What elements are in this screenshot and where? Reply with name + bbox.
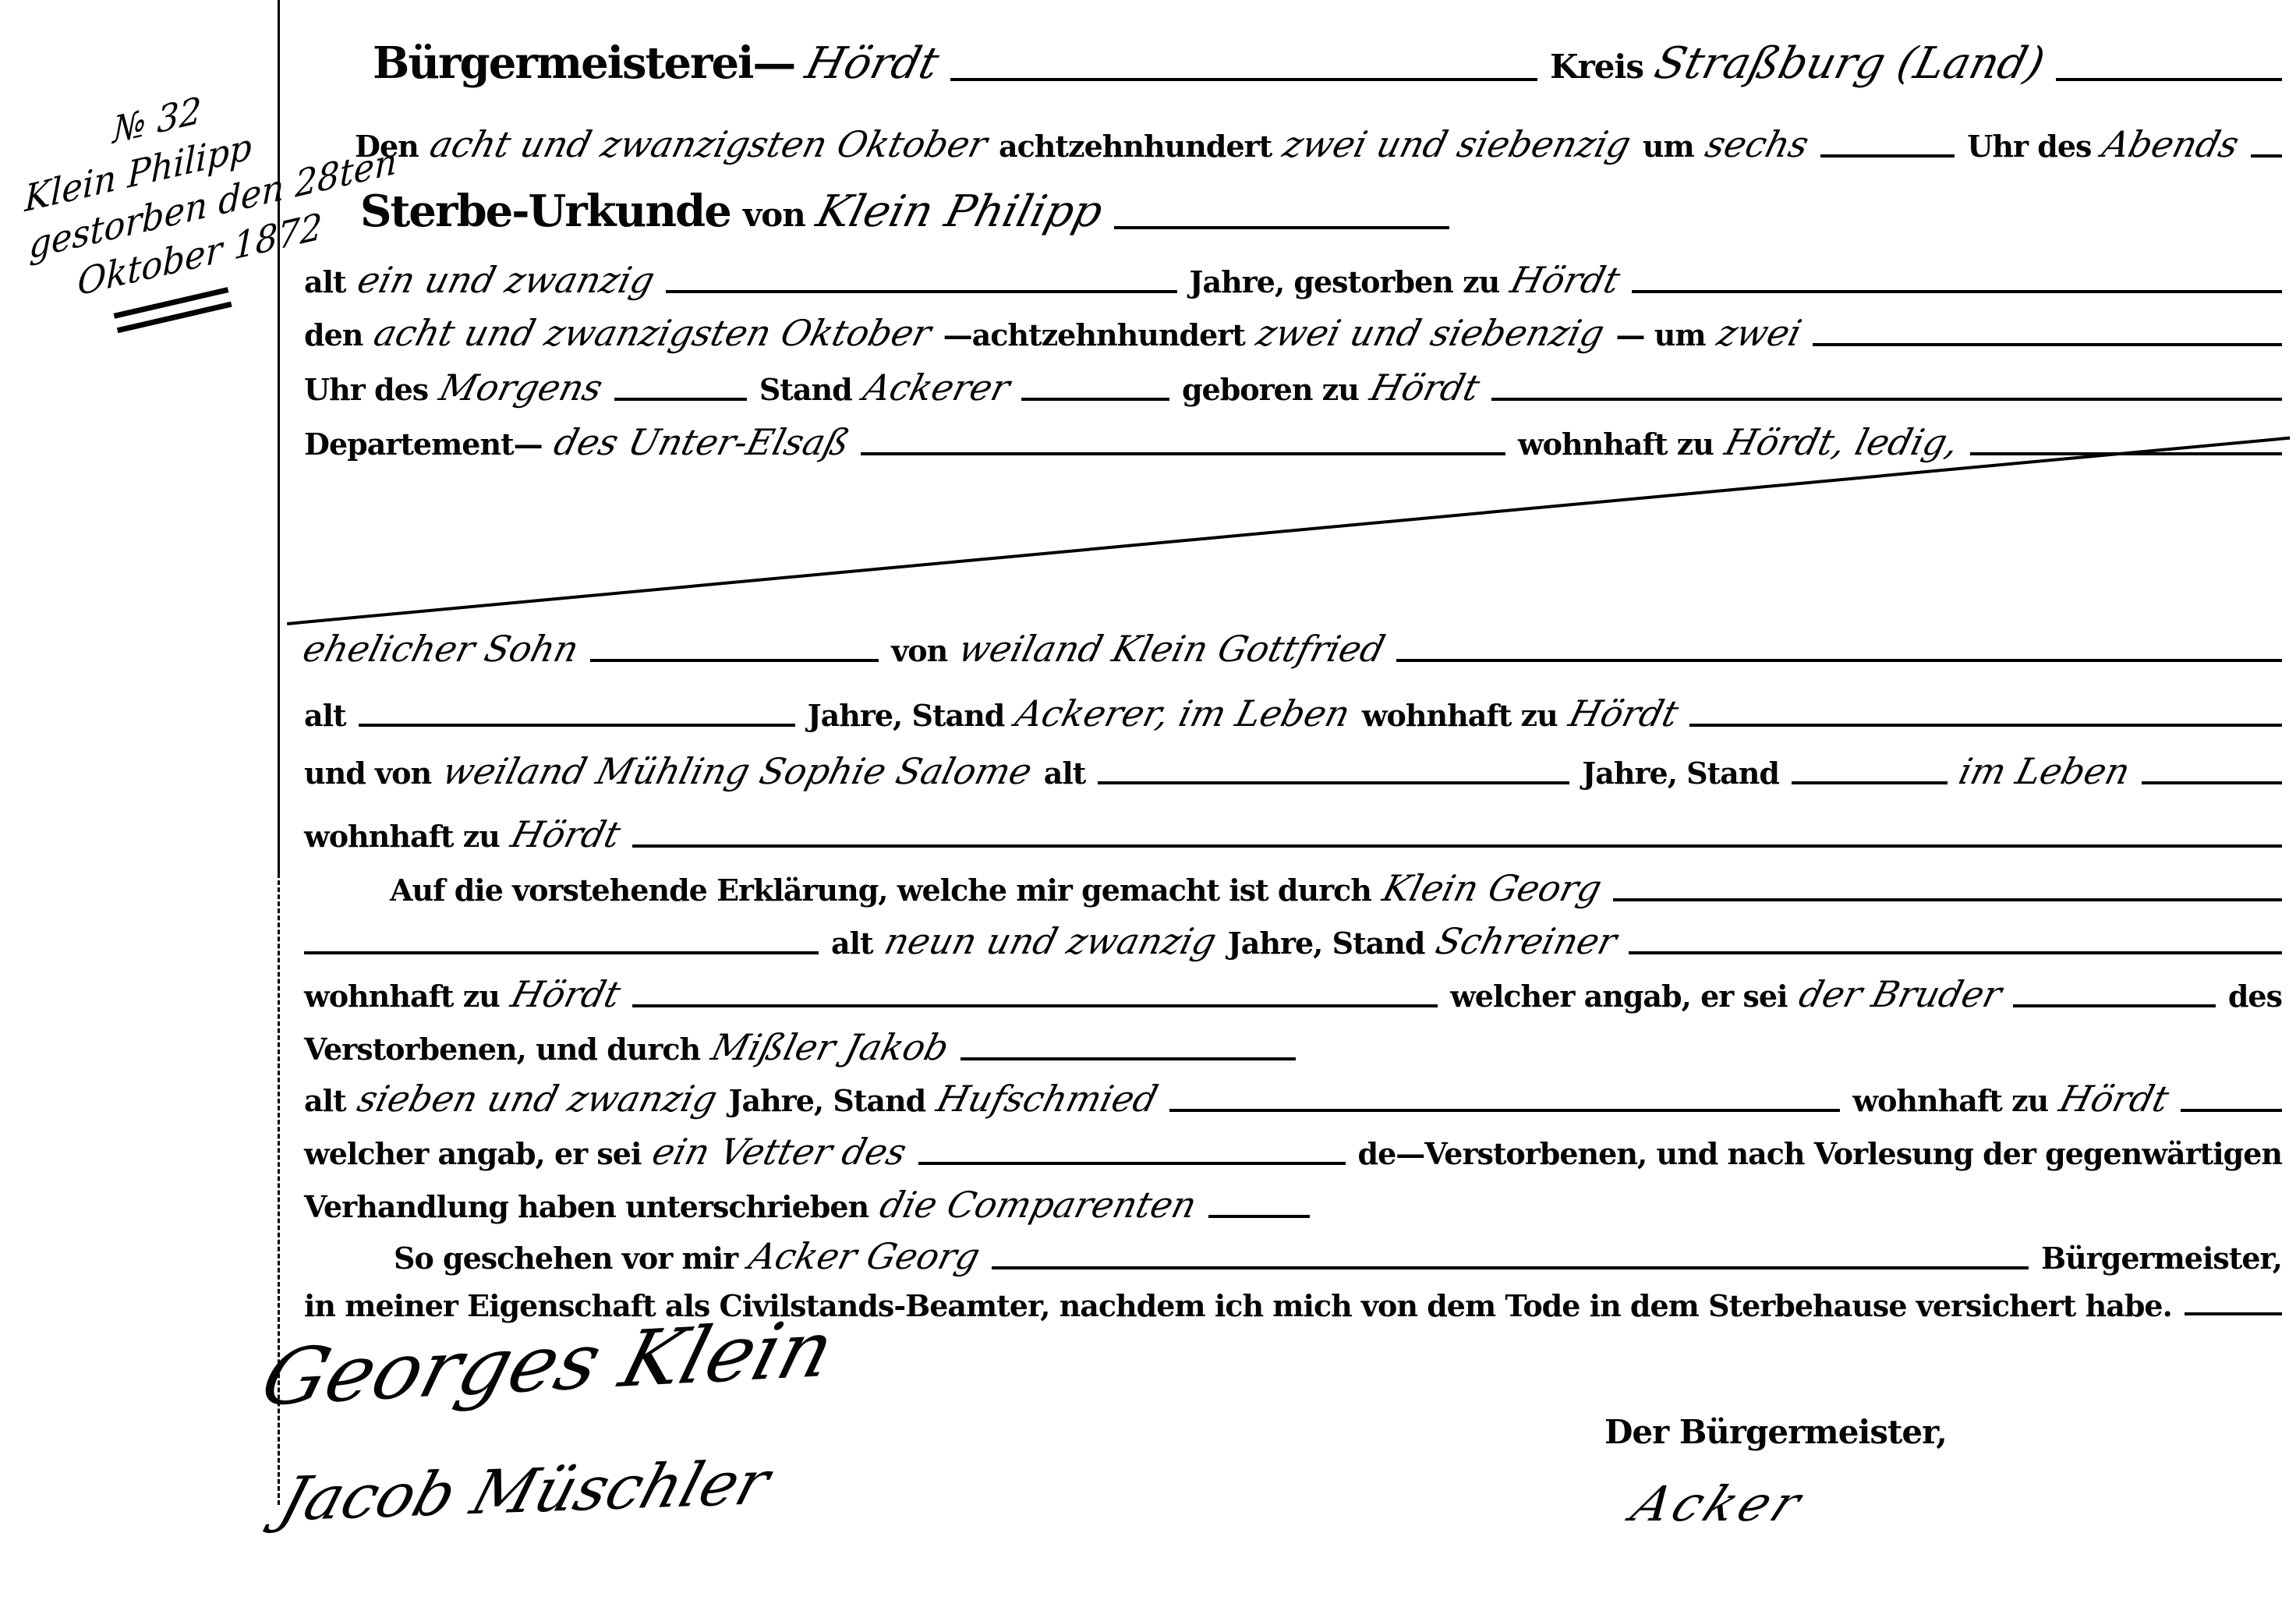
fill-line — [1021, 398, 1169, 401]
mother-residence: Hördt — [507, 813, 624, 855]
fill-line — [2056, 78, 2282, 81]
fill-line — [1629, 951, 2282, 954]
witness1-residence: Hördt — [507, 973, 624, 1015]
mother-residence-line: wohnhaft zu Hördt — [304, 813, 2282, 855]
uhr-des-label: Uhr des — [304, 372, 428, 407]
fill-line — [2185, 1312, 2282, 1315]
und-von-label: und von — [304, 756, 431, 791]
district-label: Kreis — [1550, 48, 1643, 86]
jahre-gestorben-label: Jahre, gestorben zu — [1190, 264, 1500, 299]
sonship-status: ehelicher Sohn — [299, 628, 583, 670]
record-day: acht und zwanzigsten Oktober — [426, 123, 992, 165]
signers-value: die Comparenten — [876, 1184, 1201, 1226]
witness2-age: sieben und zwanzig — [353, 1078, 721, 1120]
wohnhaft-zu-label: wohnhaft zu — [304, 819, 500, 854]
record-year: zwei und siebenzig — [1279, 123, 1635, 165]
uhr-des-label: Uhr des — [1967, 129, 2091, 164]
jahre-stand-label: Jahre, Stand — [1582, 756, 1779, 791]
signing-line: Verhandlung haben unterschrieben die Com… — [304, 1184, 1310, 1226]
fill-line — [950, 78, 1537, 81]
den-label: den — [304, 317, 363, 352]
wohnhaft-zu-label: wohnhaft zu — [1362, 698, 1558, 733]
fill-line — [614, 398, 747, 401]
declaration-line: Auf die vorstehende Erklärung, welche mi… — [390, 867, 2282, 909]
fill-line — [1613, 898, 2282, 901]
death-date-line: den acht und zwanzigsten Oktober —achtze… — [304, 312, 2282, 354]
signed-label: Verhandlung haben unterschrieben — [304, 1189, 869, 1224]
record-daytime: Abends — [2099, 123, 2244, 165]
fill-line — [1114, 226, 1449, 229]
fill-line — [1169, 1109, 1840, 1112]
jahre-stand-label: Jahre, Stand — [1228, 926, 1425, 961]
relation-label: welcher angab, er sei — [1450, 979, 1787, 1014]
death-hour: zwei — [1713, 312, 1806, 354]
des-label: des — [2228, 979, 2282, 1014]
alt-label: alt — [304, 264, 346, 299]
wohnhaft-zu-label: wohnhaft zu — [1852, 1083, 2048, 1118]
witness2-line: Verstorbenen, und durch Mißler Jakob — [304, 1026, 1296, 1068]
fill-line — [590, 659, 879, 662]
office-value: Hördt — [801, 38, 944, 89]
document-title: Sterbe-Urkunde — [360, 186, 731, 237]
deceased-occupation: Ackerer — [859, 366, 1014, 409]
witness2-details-line: alt sieben und zwanzig Jahre, Stand Hufs… — [304, 1078, 2282, 1120]
fill-line — [1098, 781, 1569, 784]
alt-label: alt — [831, 926, 873, 961]
margin-double-underline — [114, 287, 232, 333]
father-occupation: Ackerer, im Leben — [1012, 692, 1355, 735]
official-title: Bürgermeister, — [2041, 1241, 2282, 1276]
departement-residence-line: Departement— des Unter-Elsaß wohnhaft zu… — [304, 421, 2282, 463]
wohnhaft-zu-label: wohnhaft zu — [1518, 427, 1714, 462]
death-day: acht und zwanzigsten Oktober — [370, 312, 936, 354]
fill-line — [1792, 781, 1948, 784]
fill-line — [304, 951, 819, 954]
fill-line — [1491, 398, 2282, 401]
alt-label: alt — [304, 698, 346, 733]
mother-line: und von weiland Mühling Sophie Salome al… — [304, 750, 2282, 792]
witness2-occupation: Hufschmied — [932, 1078, 1162, 1120]
fill-line — [861, 452, 1505, 455]
fill-line — [1820, 154, 1955, 158]
blank-section-strike-line — [287, 437, 2290, 625]
fill-line — [918, 1162, 1346, 1165]
jahre-stand-label: Jahre, Stand — [728, 1083, 925, 1118]
witness2-name: Mißler Jakob — [707, 1026, 953, 1068]
signature-jacob-muschler: Jacob Müschler — [285, 1457, 765, 1527]
witness1-occupation: Schreiner — [1432, 920, 1622, 962]
departement-label: Departement— — [304, 427, 543, 462]
fill-line — [1689, 724, 2282, 727]
wohnhaft-zu-label: wohnhaft zu — [304, 979, 500, 1014]
fill-line — [1632, 290, 2282, 293]
fill-line — [1813, 343, 2282, 346]
relation-label: welcher angab, er sei — [304, 1136, 641, 1171]
official-name: Acker Georg — [745, 1235, 984, 1277]
death-certificate-page: № 32 Klein Philipp gestorben den 28ten O… — [0, 0, 2296, 1618]
father-details-line: alt Jahre, Stand Ackerer, im Leben wohnh… — [304, 692, 2282, 735]
fill-line — [666, 290, 1176, 293]
mother-name: weiland Mühling Sophie Salome — [438, 750, 1036, 792]
departement-value: des Unter-Elsaß — [550, 421, 854, 463]
death-year: zwei und siebenzig — [1252, 312, 1608, 354]
deceased-name: Klein Philipp — [812, 186, 1108, 237]
mayor-signature: Acker — [1636, 1475, 1802, 1532]
fill-line — [2142, 781, 2282, 784]
um-label: um — [1643, 129, 1694, 164]
official-line: So geschehen vor mir Acker Georg Bürgerm… — [394, 1235, 2282, 1277]
mother-status: im Leben — [1955, 750, 2134, 792]
fill-line — [2181, 1109, 2282, 1112]
record-hour: sechs — [1701, 123, 1813, 165]
achtzehnhundert-label: —achtzehnhundert — [943, 317, 1245, 352]
alt-label: alt — [1044, 756, 1086, 791]
fill-line — [1208, 1215, 1310, 1218]
fill-line — [632, 1004, 1438, 1007]
fill-line — [1396, 659, 2282, 662]
father-line: ehelicher Sohn von weiland Klein Gottfri… — [304, 628, 2282, 670]
fill-line — [2251, 154, 2282, 158]
place-of-death: Hördt — [1507, 259, 1625, 301]
title-line: Sterbe-Urkunde von Klein Philipp — [360, 186, 1449, 237]
jahre-stand-label: Jahre, Stand — [808, 698, 1005, 733]
stand-label: Stand — [759, 372, 852, 407]
fill-line — [992, 1266, 2029, 1269]
birthplace: Hördt — [1366, 366, 1484, 409]
witness2-relation: ein Vetter des — [649, 1131, 911, 1173]
death-daytime: Morgens — [435, 366, 607, 409]
declaration-intro: Auf die vorstehende Erklärung, welche mi… — [390, 873, 1371, 908]
margin-annotation: № 32 Klein Philipp gestorben den 28ten O… — [9, 69, 332, 347]
age-death-place-line: alt ein und zwanzig Jahre, gestorben zu … — [304, 259, 2282, 301]
father-name: weiland Klein Gottfried — [955, 628, 1390, 670]
fill-line — [359, 724, 795, 727]
von-label: von — [743, 196, 805, 234]
header-line: Bürgermeisterei— Hördt Kreis Straßburg (… — [373, 37, 2282, 89]
district-value: Straßburg (Land) — [1650, 38, 2050, 89]
witness2-residence: Hördt — [2056, 1078, 2174, 1120]
witness1-details-line: alt neun und zwanzig Jahre, Stand Schrei… — [304, 920, 2282, 962]
father-residence: Hördt — [1565, 692, 1682, 735]
verstorbenen-label: Verstorbenen, und durch — [304, 1032, 700, 1067]
fill-line — [2013, 1004, 2216, 1007]
den-label: Den — [355, 129, 419, 164]
um-label: — um — [1616, 317, 1706, 352]
witness1-age: neun und zwanzig — [880, 920, 1221, 962]
fill-line — [960, 1057, 1296, 1060]
achtzehnhundert-label: achtzehnhundert — [999, 129, 1272, 164]
office-label: Bürgermeisterei— — [373, 37, 794, 89]
witness1-relation-line: wohnhaft zu Hördt welcher angab, er sei … — [304, 973, 2282, 1015]
mayor-signature-text: Acker — [1623, 1475, 1815, 1532]
death-time-occupation-line: Uhr des Morgens Stand Ackerer geboren zu… — [304, 366, 2282, 409]
geboren-zu-label: geboren zu — [1182, 372, 1359, 407]
von-label: von — [891, 633, 947, 668]
vorlesung-text: de—Verstorbenen, und nach Vorlesung der … — [1358, 1136, 2282, 1171]
witness2-relation-line: welcher angab, er sei ein Vetter des de—… — [304, 1131, 2282, 1173]
mayor-label: Der Bürgermeister, — [1604, 1413, 1947, 1451]
mayor-label-text: Der Bürgermeister, — [1604, 1413, 1947, 1451]
signature-jacob-muschler-text: Jacob Müschler — [272, 1448, 777, 1535]
fill-line — [632, 844, 2282, 848]
record-date-line: Den acht und zwanzigsten Oktober achtzeh… — [355, 123, 2282, 165]
witness1-name: Klein Georg — [1378, 867, 1606, 909]
alt-label: alt — [304, 1083, 346, 1118]
deceased-residence: Hördt, ledig, — [1721, 421, 1963, 463]
signature-georges-klein: Georges Klein — [269, 1318, 827, 1409]
signature-georges-klein-text: Georges Klein — [252, 1303, 844, 1423]
so-geschehen-label: So geschehen vor mir — [394, 1241, 738, 1276]
deceased-age: ein und zwanzig — [353, 259, 659, 301]
witness1-relation: der Bruder — [1795, 973, 2006, 1015]
